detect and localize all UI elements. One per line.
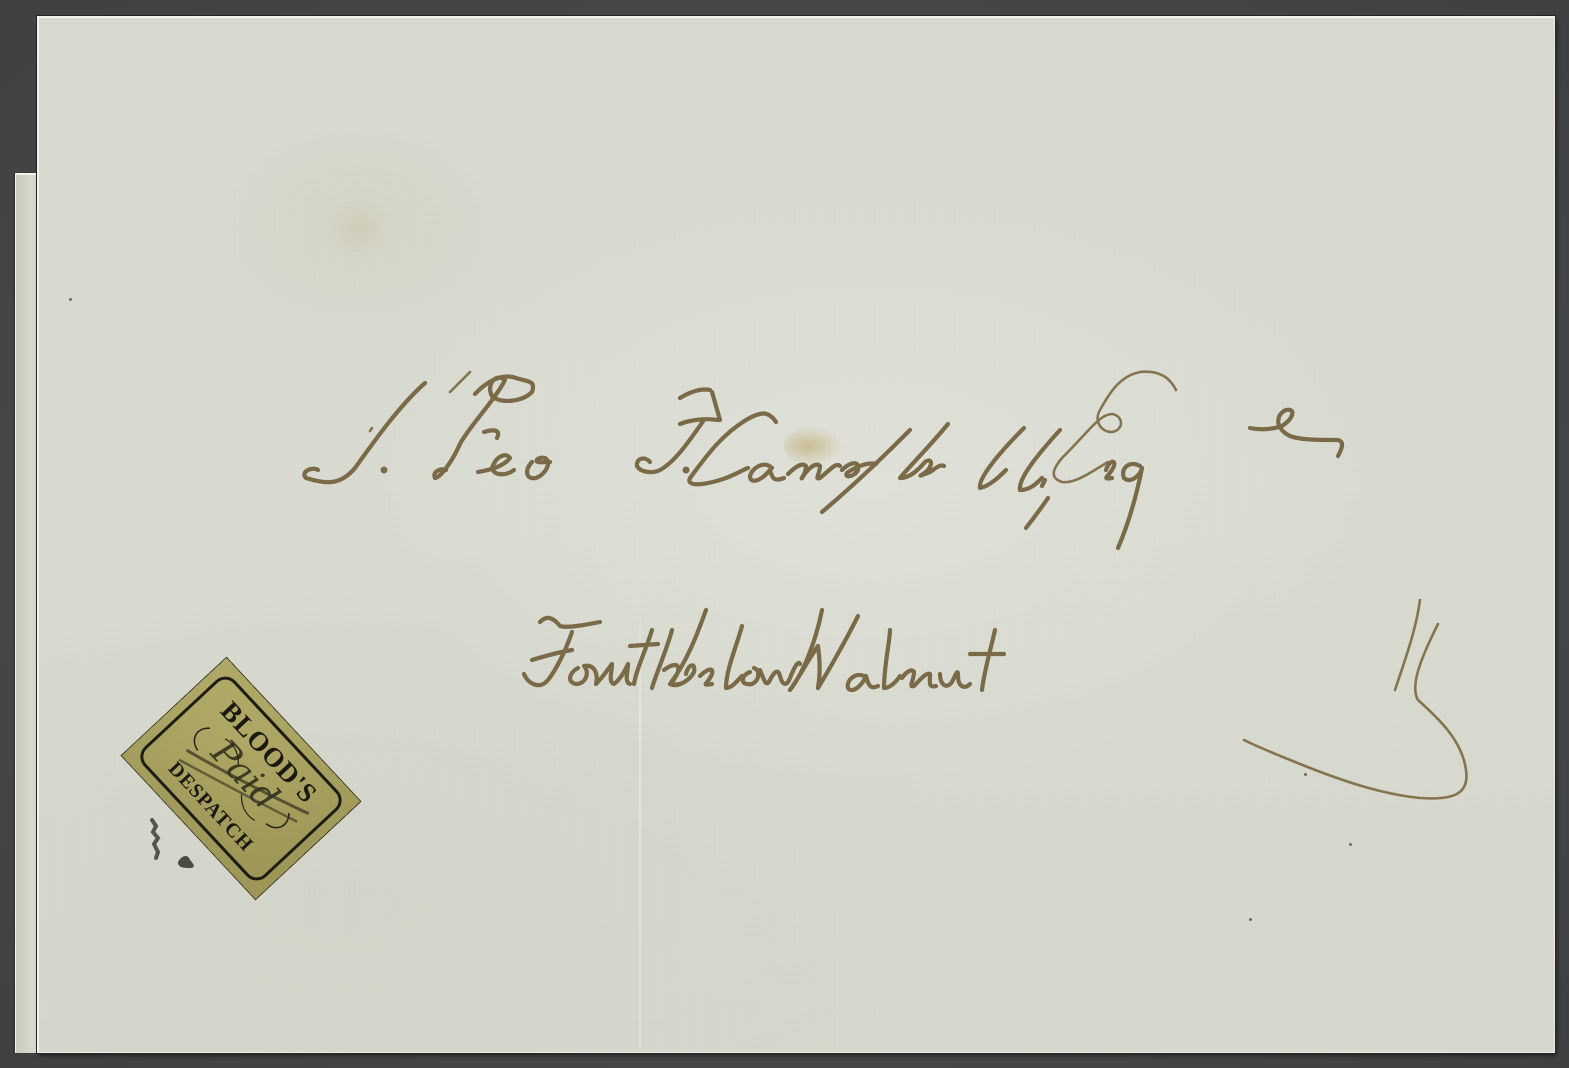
paper-speck [1249, 918, 1252, 921]
paper-speck [69, 298, 72, 301]
paper-speck [1349, 843, 1352, 846]
paper-texture [39, 18, 1554, 1052]
paper-stain [329, 198, 389, 258]
paper-speck [1304, 773, 1307, 776]
envelope-cover [37, 16, 1555, 1053]
ink-stain [784, 426, 844, 466]
fold-crease [639, 578, 641, 1048]
